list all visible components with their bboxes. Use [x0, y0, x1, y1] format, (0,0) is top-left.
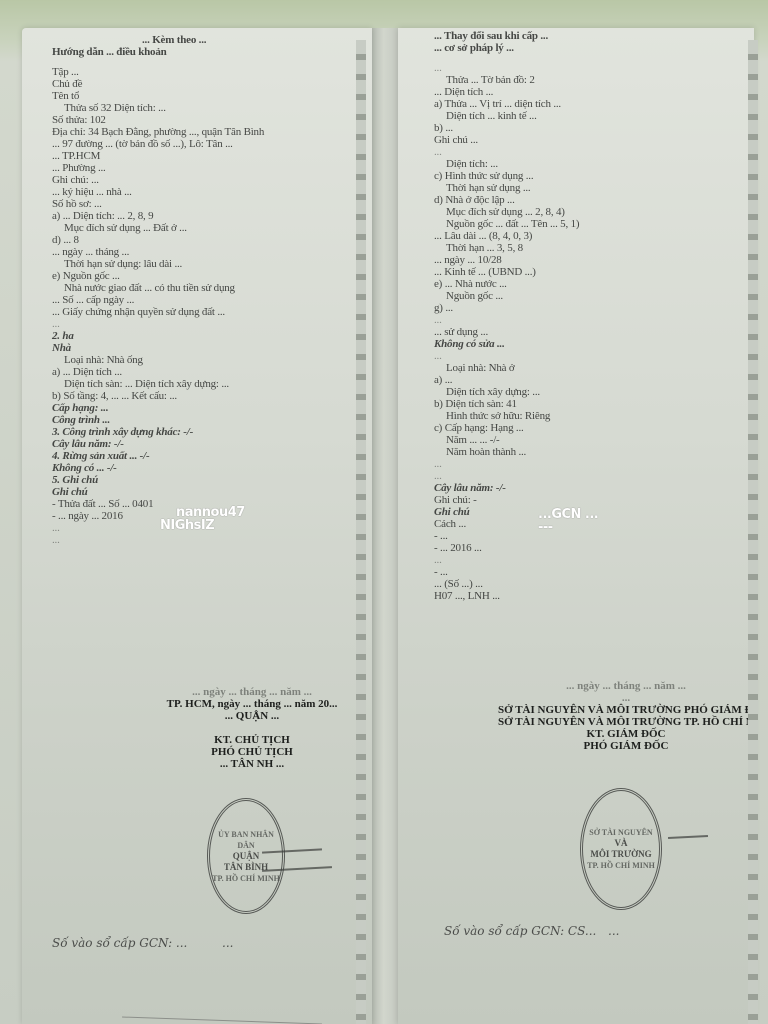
- document-line: 4. Rừng sản xuất ... -/-: [52, 450, 264, 462]
- scan-artifact-text: nannou47 NIGhsIZ: [160, 506, 245, 532]
- document-line: a) ... Diện tích: ... 2, 8, 9: [52, 210, 264, 222]
- document-line: Ghi chú ...: [434, 134, 579, 146]
- document-line: c) Cấp hạng: Hạng ...: [434, 422, 579, 434]
- scan-edge-artifact: [748, 40, 758, 1024]
- document-line: Diện tích sàn: ... Diện tích xây dựng: .…: [52, 378, 264, 390]
- document-line: ... Diện tích ...: [434, 86, 579, 98]
- scan-edge-artifact: [356, 40, 366, 1024]
- document-line: ...: [434, 458, 579, 470]
- document-line: 5. Ghi chú: [52, 474, 264, 486]
- document-line: 2. ha: [52, 330, 264, 342]
- document-line: Loại nhà: Nhà ở: [434, 362, 579, 374]
- document-line: ... ký hiệu ... nhà ...: [52, 186, 264, 198]
- page-gutter: [372, 28, 398, 1024]
- official-stamp: ỦY BAN NHÂN DÂN QUẬN TÂN BÌNH TP. HỒ CHÍ…: [207, 798, 285, 914]
- document-line: Tập ...: [52, 66, 264, 78]
- left-body-text: Tập ... Chủ đềTên tổThửa số 32 Diện tích…: [52, 66, 264, 546]
- left-footer-signature: ...: [222, 936, 233, 950]
- document-line: Ghi chú: [52, 486, 264, 498]
- document-line: c) Hình thức sử dụng ...: [434, 170, 579, 182]
- document-line: b) ...: [434, 122, 579, 134]
- document-line: - ...: [434, 566, 579, 578]
- left-registration-number: Số vào sổ cấp GCN: ...: [52, 936, 187, 950]
- document-line: Cây lâu năm: -/-: [434, 482, 579, 494]
- document-line: ...: [52, 534, 264, 546]
- document-line: ... Kinh tế ... (UBND ...): [434, 266, 579, 278]
- document-line: Thửa số 32 Diện tích: ...: [52, 102, 264, 114]
- document-line: ...: [434, 470, 579, 482]
- document-line: Tên tổ: [52, 90, 264, 102]
- right-registration-number: Số vào sổ cấp GCN: CS...: [444, 924, 596, 938]
- document-line: Nguồn gốc ...: [434, 290, 579, 302]
- document-line: Diện tích xây dựng: ...: [434, 386, 579, 398]
- document-line: - ... 2016 ...: [434, 542, 579, 554]
- document-line: Cấp hạng: ...: [52, 402, 264, 414]
- document-line: Nhà nước giao đất ... có thu tiền sử dụn…: [52, 282, 264, 294]
- document-line: ... TP.HCM: [52, 150, 264, 162]
- pen-mark: [122, 1017, 322, 1024]
- document-line: Loại nhà: Nhà ống: [52, 354, 264, 366]
- document-line: ...: [434, 146, 579, 158]
- document-line: ...: [434, 350, 579, 362]
- document-line: Thời hạn ... 3, 5, 8: [434, 242, 579, 254]
- scan-artifact-text: ...GCN ... ---: [538, 508, 598, 534]
- left-page: ... Kèm theo ... Hướng dẫn ... điều khoả…: [22, 28, 372, 1024]
- document-line: e) ... Nhà nước ...: [434, 278, 579, 290]
- document-line: Số hồ sơ: ...: [52, 198, 264, 210]
- document-line: Địa chỉ: 34 Bạch Đằng, phường ..., quận …: [52, 126, 264, 138]
- document-line: d) Nhà ở độc lập ...: [434, 194, 579, 206]
- document-line: ... Lâu dài ... (8, 4, 0, 3): [434, 230, 579, 242]
- document-line: Thời hạn sử dụng ...: [434, 182, 579, 194]
- document-line: d) ... 8: [52, 234, 264, 246]
- document-line: ... sử dụng ...: [434, 326, 579, 338]
- document-line: b) Số tầng: 4, ... ... Kết cấu: ...: [52, 390, 264, 402]
- document-line: Mục đích sử dụng ... Đất ở ...: [52, 222, 264, 234]
- document-line: a) ... Diện tích ...: [52, 366, 264, 378]
- right-header: ... Thay đổi sau khi cấp ... ... cơ sở p…: [434, 30, 548, 54]
- document-line: Thời hạn sử dụng: lâu dài ...: [52, 258, 264, 270]
- document-line: Cây lâu năm: -/-: [52, 438, 264, 450]
- document-line: Số thửa: 102: [52, 114, 264, 126]
- right-signature-block: ... ngày ... tháng ... năm ... ... SỞ TÀ…: [498, 680, 754, 752]
- right-header-line: ... cơ sở pháp lý ...: [434, 42, 548, 54]
- document-line: ... (Số ...) ...: [434, 578, 579, 590]
- document-line: Diện tích: ...: [434, 158, 579, 170]
- right-header-line: ... Thay đổi sau khi cấp ...: [434, 30, 548, 42]
- document-line: Năm hoàn thành ...: [434, 446, 579, 458]
- document-line: g) ...: [434, 302, 579, 314]
- document-line: ...: [434, 314, 579, 326]
- left-header-line: Hướng dẫn ... điều khoản: [52, 46, 206, 58]
- official-stamp: SỞ TÀI NGUYÊN VÀ MÔI TRƯỜNG TP. HỒ CHÍ M…: [580, 788, 662, 910]
- document-line: Không có sửa ...: [434, 338, 579, 350]
- document-line: ... Giấy chứng nhận quyền sử dụng đất ..…: [52, 306, 264, 318]
- document-line: ... ngày ... tháng ...: [52, 246, 264, 258]
- document-line: Nguồn gốc ... đất ... Tên ... 5, 1): [434, 218, 579, 230]
- right-page: ... Thay đổi sau khi cấp ... ... cơ sở p…: [398, 28, 754, 1024]
- signature-stroke: [668, 835, 708, 839]
- document-line: Ghi chú: -: [434, 494, 579, 506]
- document-line: ...: [52, 318, 264, 330]
- document-line: a) Thửa ... Vị trí ... diện tích ...: [434, 98, 579, 110]
- document-line: ...: [434, 554, 579, 566]
- document-line: Ghi chú: ...: [52, 174, 264, 186]
- document-line: ...: [434, 62, 579, 74]
- document-line: Nhà: [52, 342, 264, 354]
- document-line: ... Phường ...: [52, 162, 264, 174]
- right-footer-signature: ...: [608, 924, 619, 938]
- document-line: Mục đích sử dụng ... 2, 8, 4): [434, 206, 579, 218]
- document-line: ... ngày ... 10/28: [434, 254, 579, 266]
- document-line: Diện tích ... kinh tế ...: [434, 110, 579, 122]
- document-line: ... 97 đường ... (tờ bản đồ số ...), Lô:…: [52, 138, 264, 150]
- document-line: e) Nguồn gốc ...: [52, 270, 264, 282]
- left-header: ... Kèm theo ... Hướng dẫn ... điều khoả…: [52, 34, 206, 58]
- left-header-line: ... Kèm theo ...: [52, 34, 206, 46]
- document-line: Năm ... ... -/-: [434, 434, 579, 446]
- document-line: ... Số ... cấp ngày ...: [52, 294, 264, 306]
- document-line: 3. Công trình xây dựng khác: -/-: [52, 426, 264, 438]
- document-line: Không có ... -/-: [52, 462, 264, 474]
- document-line: b) Diện tích sàn: 41: [434, 398, 579, 410]
- document-line: a) ...: [434, 374, 579, 386]
- document-line: Công trình ...: [52, 414, 264, 426]
- document-line: H07 ..., LNH ...: [434, 590, 579, 602]
- left-signature-block: ... ngày ... tháng ... năm ... TP. HCM, …: [132, 686, 372, 770]
- document-line: Thửa ... Tờ bản đồ: 2: [434, 74, 579, 86]
- document-line: Chủ đề: [52, 78, 264, 90]
- document-line: Hình thức sở hữu: Riêng: [434, 410, 579, 422]
